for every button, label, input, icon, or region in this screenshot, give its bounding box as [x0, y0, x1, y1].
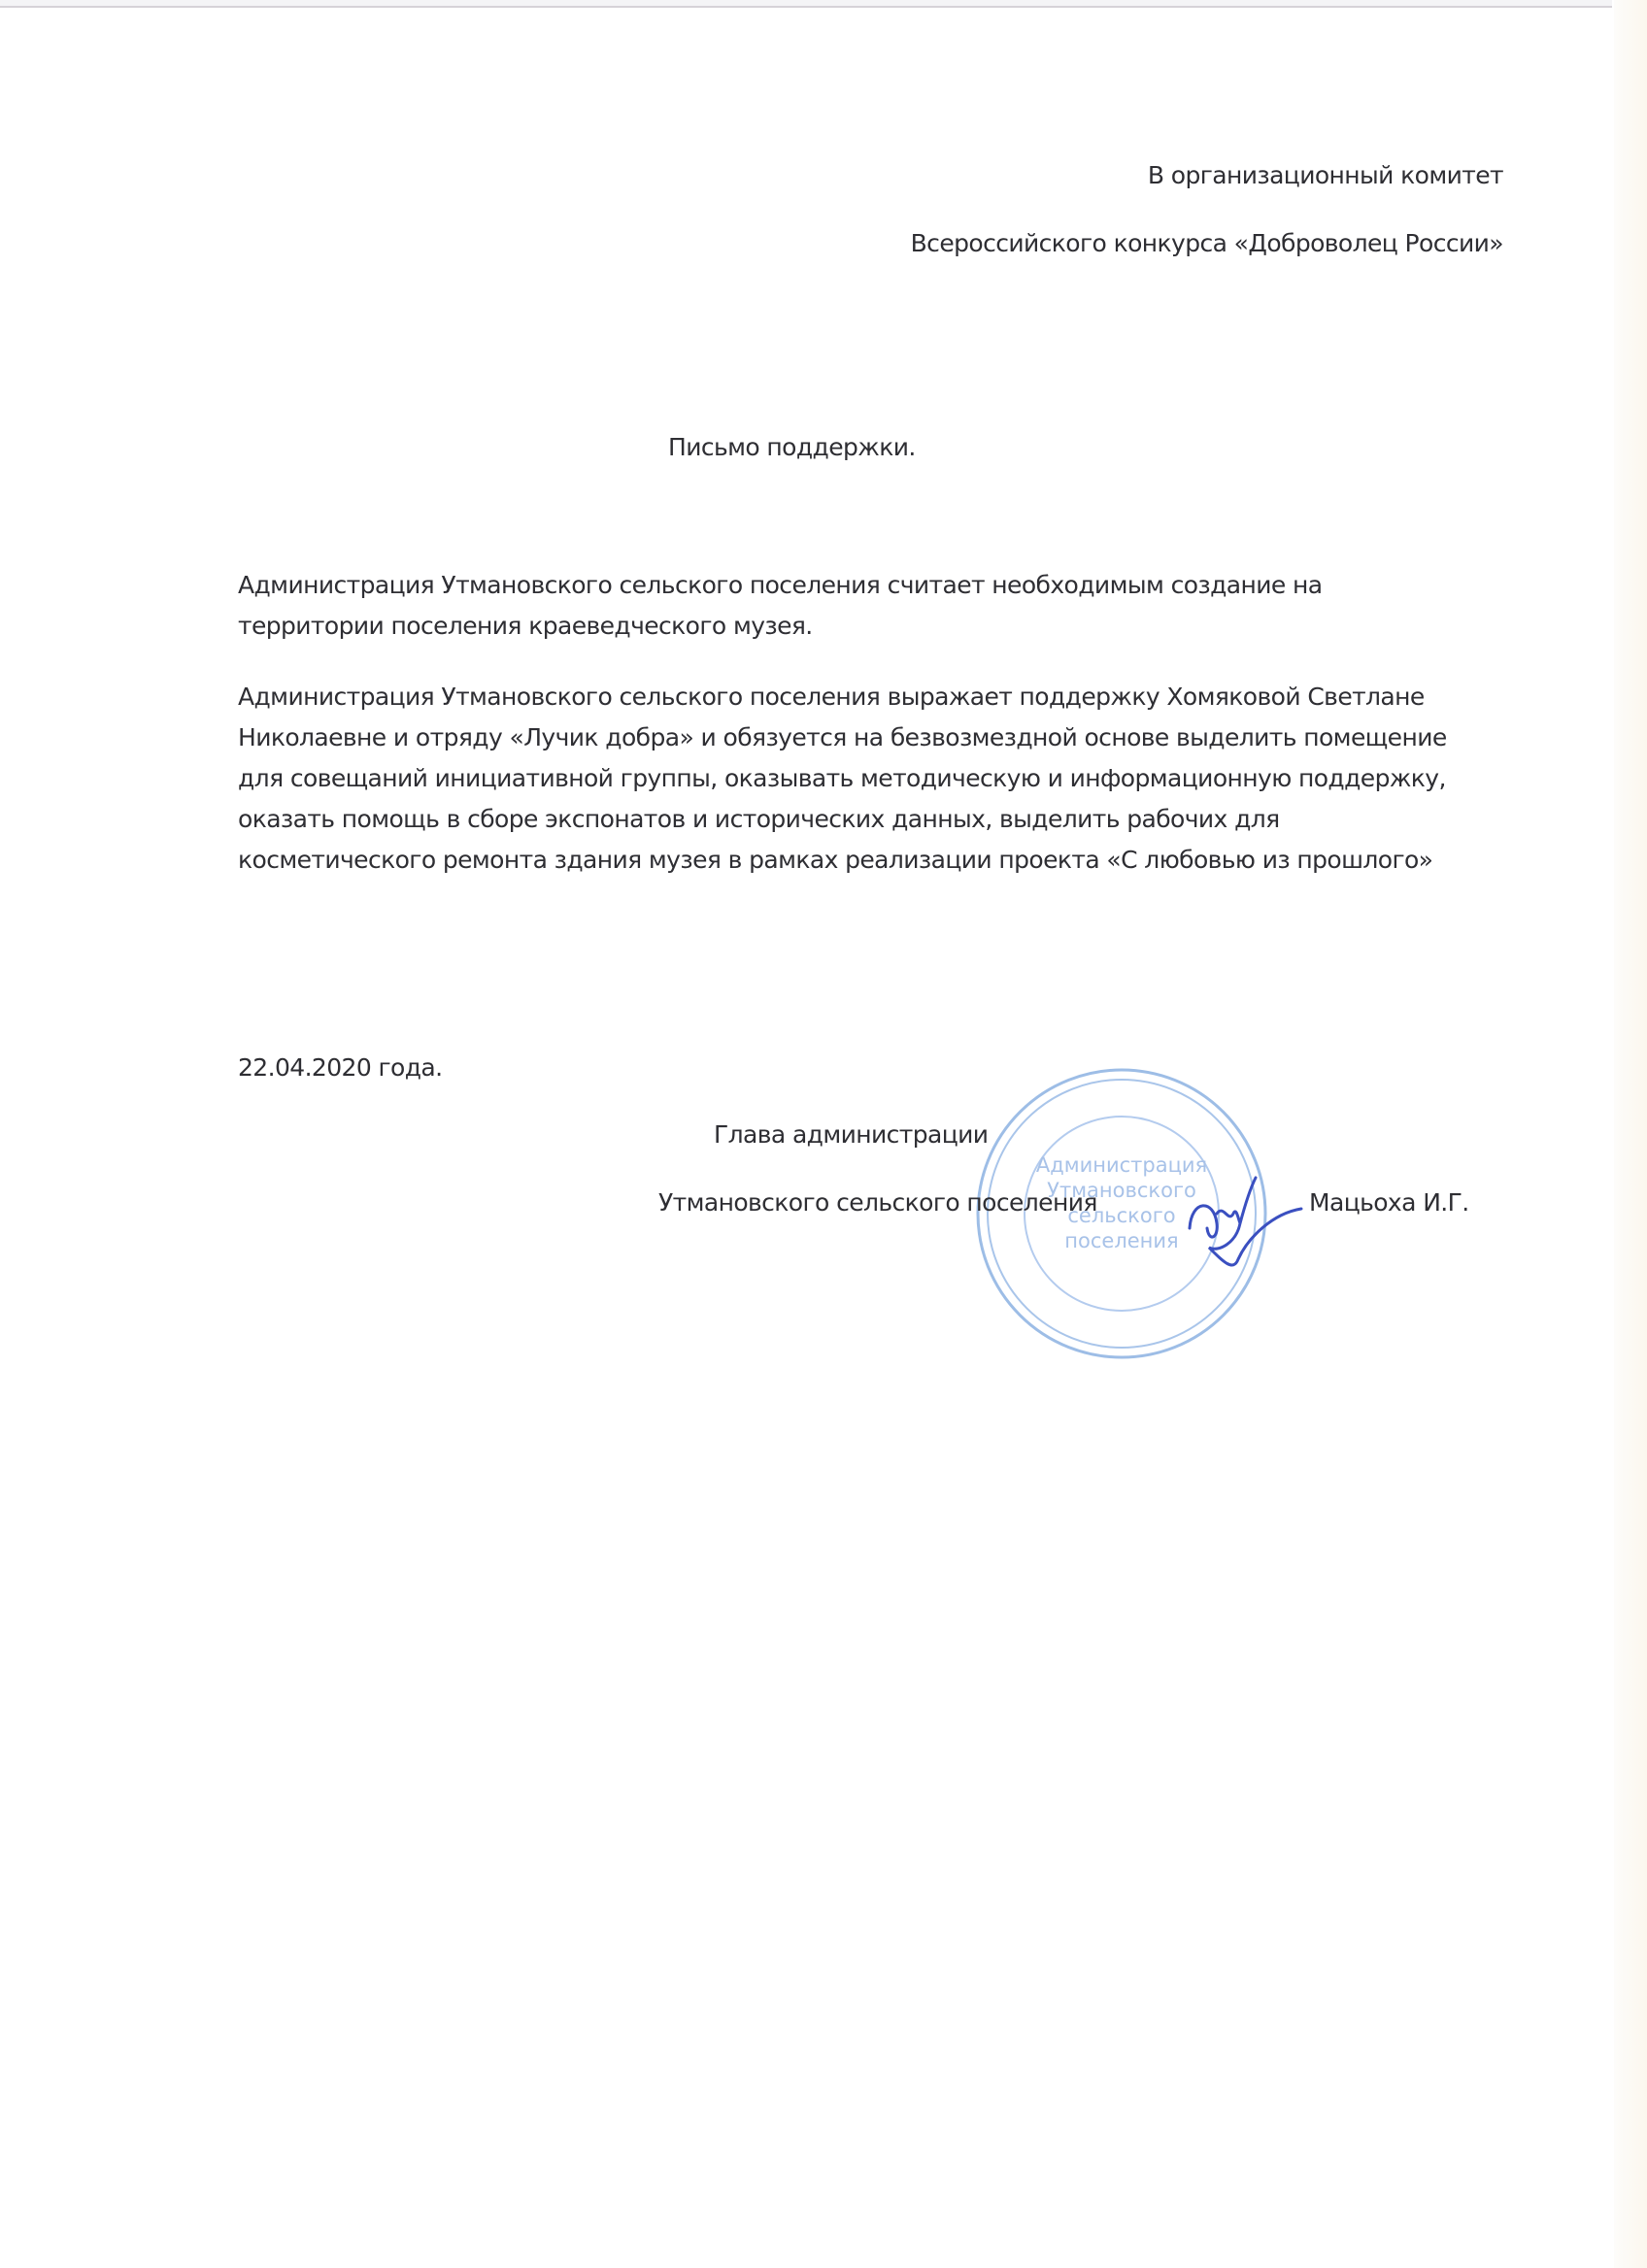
- signatory-position-line-2: Утмановского сельского поселения: [658, 1188, 1097, 1217]
- paragraph-2-line-4: оказать помощь в сборе экспонатов и исто…: [238, 805, 1280, 833]
- paragraph-2-line-2: Николаевне и отряду «Лучик добра» и обяз…: [238, 723, 1447, 751]
- scan-top-edge: [0, 0, 1612, 8]
- paragraph-2-line-3: для совещаний инициативной группы, оказы…: [238, 764, 1446, 792]
- paragraph-1-line-1: Администрация Утмановского сельского пос…: [238, 571, 1323, 599]
- signatory-name: Мацьоха И.Г.: [1309, 1188, 1469, 1217]
- scan-right-edge: [1614, 0, 1647, 2268]
- addressee-line-2: Всероссийского конкурса «Доброволец Росс…: [911, 229, 1503, 257]
- paragraph-2-line-1: Администрация Утмановского сельского пос…: [238, 683, 1425, 711]
- paragraph-2-line-5: косметического ремонта здания музея в ра…: [238, 846, 1432, 874]
- letter-date: 22.04.2020 года.: [238, 1053, 442, 1082]
- document-title: Письмо поддержки.: [668, 433, 916, 461]
- signatory-position-line-1: Глава администрации: [714, 1120, 988, 1149]
- svg-text:поселения: поселения: [1064, 1229, 1178, 1252]
- addressee-line-1: В организационный комитет: [1148, 161, 1503, 189]
- paragraph-1-line-2: территории поселения краеведческого музе…: [238, 612, 813, 640]
- handwritten-signature-icon: [1180, 1170, 1306, 1277]
